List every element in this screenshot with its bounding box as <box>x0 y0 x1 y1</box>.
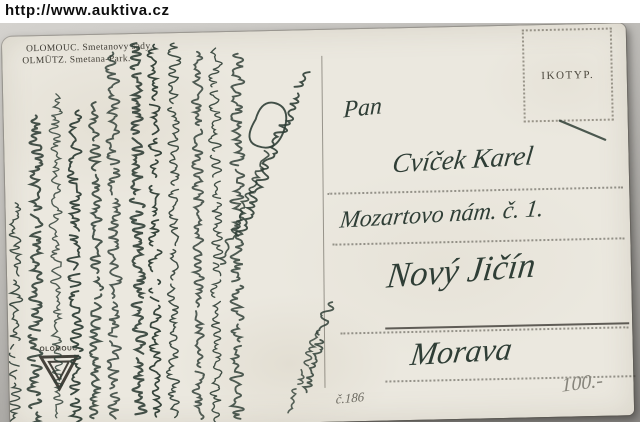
handwritten-message <box>2 23 634 422</box>
postcard: OLOMOUC. Smetanovy sady. OLMÜTZ. Smetana… <box>2 23 634 422</box>
scan-background: http://www.auktiva.cz OLOMOUC. Smetanovy… <box>0 0 640 422</box>
watermark-url: http://www.auktiva.cz <box>0 0 640 23</box>
